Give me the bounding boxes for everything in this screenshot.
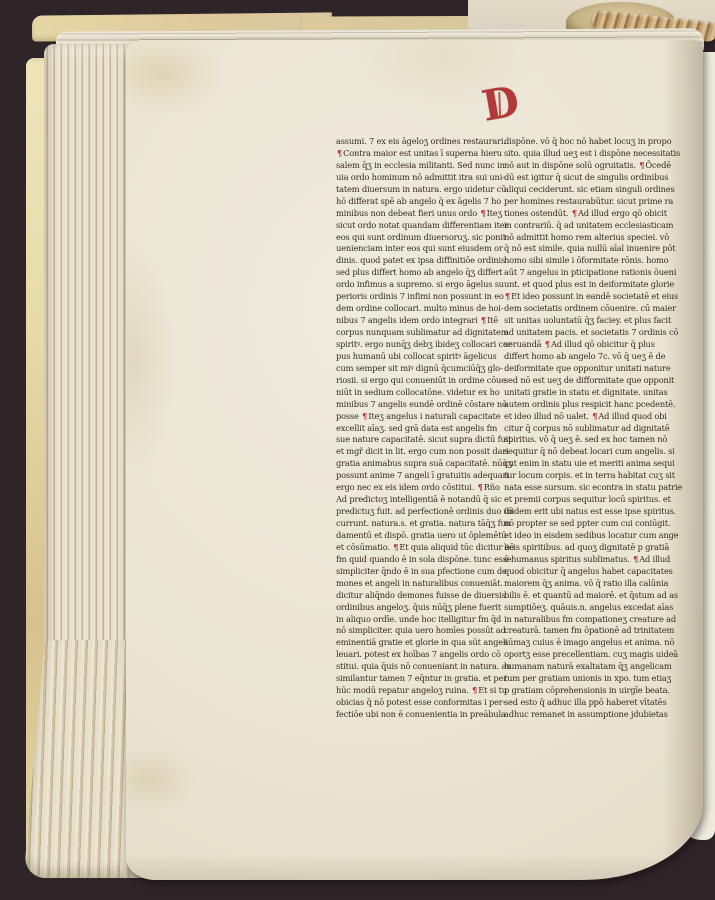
rubricated-initial-d: D <box>474 78 528 133</box>
text-line: nata esse sursum. sic econtra in statu p… <box>504 482 702 494</box>
text-line: assumi. 7 ex eis āgeloʒ ordines restaura… <box>336 136 520 148</box>
rubric-pilcrow: ¶ <box>638 160 645 170</box>
text-line: nō admittit homo rem alterius speciei. v… <box>504 232 702 244</box>
text-line: unitati gratie in statu et dignitate. un… <box>504 387 702 399</box>
rubric-pilcrow: ¶ <box>392 542 399 552</box>
text-line: hō differat spē ab angelo q̄ ex āgelis 7… <box>336 196 520 208</box>
text-line: ad unitatem pacis. et societatis 7 ordin… <box>504 327 702 339</box>
text-line: cut enim in statu uie et meriti anima se… <box>504 458 702 470</box>
text-line: in contrariū. q̄ ad unitatem ecclesiasti… <box>504 220 702 232</box>
rubric-pilcrow: ¶ <box>336 148 343 158</box>
text-line: niūt in sedium collocatōne. videtur ex h… <box>336 387 520 399</box>
text-line: Ad predictoʒ intelligentiā ē notandū q̄ … <box>336 494 520 506</box>
text-line: humanam naturā exaltatam q̄ʒ angelicam <box>504 661 702 673</box>
text-line: obicias q̄ nō potest esse conformitas i … <box>336 697 520 709</box>
text-line: et ideo in eisdem sedibus locatur cum an… <box>504 530 702 542</box>
text-line: gratia animabus supra suā capacitatē. nū… <box>336 458 520 470</box>
text-line: unt. et quod plus est in deiformitate gl… <box>504 279 702 291</box>
text-line: nō propter se sed ppter cum cui coniūgit… <box>504 518 702 530</box>
text-line: damentū et dispō. gratia uero ut ōplemēt… <box>336 530 520 542</box>
text-column-right: dispōne. vō q̄ hoc nō habet locuʒ in pro… <box>504 136 702 721</box>
rubric-pilcrow: ¶ <box>571 208 578 218</box>
main-page: D assumi. 7 ex eis āgeloʒ ordines restau… <box>126 40 703 880</box>
text-line: et mgř dicit in lit. ergo cum non possit… <box>336 446 520 458</box>
text-line: tatem diuersum in natura. ergo uidetur c… <box>336 184 520 196</box>
text-line: dispōne. vō q̄ hoc nō habet locuʒ in pro… <box>504 136 702 148</box>
text-line: mones et angeli in naturalibus conueniāt… <box>336 578 520 590</box>
text-line: dū est igitur q̄ sicut de singulis ordin… <box>504 172 702 184</box>
text-line: sit unitas uoluntatū q̄ʒ faciey. et plus… <box>504 315 702 327</box>
text-line: ē humanus spiritus sublimatus. ¶Ad illud <box>504 554 702 566</box>
page-bottom-shadow <box>126 854 703 880</box>
rubric-pilcrow: ¶ <box>480 315 487 325</box>
text-line: ordo infimus a supremo. si ergo āgelus s… <box>336 279 520 291</box>
text-line: perioris ordinis 7 infimi non possunt in… <box>336 291 520 303</box>
text-line: adhuc remanet in assumptione jdubietas <box>504 709 702 721</box>
rubric-pilcrow: ¶ <box>504 291 511 301</box>
text-line: in naturalibus fm compationeʒ creature a… <box>504 614 702 626</box>
book-photograph: D assumi. 7 ex eis āgeloʒ ordines restau… <box>0 0 715 900</box>
text-line: corpus nunquam sublimatur ad dignitatem <box>336 327 520 339</box>
text-line: ergo nec ex eis idem ordo cōstitui. ¶Rño <box>336 482 520 494</box>
text-line: citur q̄ corpus nō sublimatur ad dignita… <box>504 423 702 435</box>
text-line: spiritus. vō q̄ ueʒ ē. sed ex hoc tamen … <box>504 434 702 446</box>
text-line: dinis. quod patet ex ipsa diffinitiōe or… <box>336 255 520 267</box>
rubric-pilcrow: ¶ <box>544 339 551 349</box>
text-line: seruandā ¶Ad illud qō obicitur q̄ plus <box>504 339 702 351</box>
text-line: minibus non debeat fieri unus ordo ¶Iteʒ <box>336 208 520 220</box>
rubric-pilcrow: ¶ <box>471 685 478 695</box>
rubric-pilcrow: ¶ <box>591 411 598 421</box>
text-line: posse ¶Iteʒ angelus i naturali capacitat… <box>336 411 520 423</box>
text-line: sito. quia illud ueʒ est i dispōne neces… <box>504 148 702 160</box>
text-line: sequitur q̄ nō debeat locari cum angelis… <box>504 446 702 458</box>
text-line: ibidem erit ubi natus est esse ipse spir… <box>504 506 702 518</box>
text-line: stitui. quia q̄uis nō conueniant in natu… <box>336 661 520 673</box>
text-line: sed plus differt homo ab angelo q̄ʒ diff… <box>336 267 520 279</box>
text-line: spiritꝰ. ergo nunq̄ʒ debʒ ibideʒ colloca… <box>336 339 520 351</box>
text-line: et cōsūmatio. ¶Et quia aliquid tūc dicit… <box>336 542 520 554</box>
text-line: deiformitate que opponitur unitati natur… <box>504 363 702 375</box>
text-line: per homines restaurabūtur. sicut prime r… <box>504 196 702 208</box>
text-line: maiorem q̄ʒ anima. vō q̄ ratio illa calū… <box>504 578 702 590</box>
text-line: riosii. si ergo qui conueniūt in ordine … <box>336 375 520 387</box>
text-line: eos qui sunt ordinum diuersoruʒ. sic pon… <box>336 232 520 244</box>
text-line: et premii corpus sequitur locū spiritus.… <box>504 494 702 506</box>
text-line: homo sibi simile i ōformitate rōnis. hom… <box>504 255 702 267</box>
text-line: bilis ē. et quantū ad maiorē. et q̄stum … <box>504 590 702 602</box>
text-line: simpliciter q̄ndo ē in sua pfectione cum… <box>336 566 520 578</box>
text-line: ordinibus angeloʒ. q̄uis nūq̄ʒ plene fue… <box>336 602 520 614</box>
text-line: tum per gratiam unionis in xpo. tum etia… <box>504 673 702 685</box>
text-line: sūmaʒ cuius ē imago angelus et anima. nō <box>504 637 702 649</box>
text-line: q̄ nō est simile. quia nullū aīal inueni… <box>504 243 702 255</box>
text-line: in aliquo ordīe. unde hoc itelligitur fm… <box>336 614 520 626</box>
text-line: cum semper sit miꝰ dignū q̄cumciūq̄ʒ glo… <box>336 363 520 375</box>
text-line: sed esto q̄ adhuc illa ppō haberet vītat… <box>504 697 702 709</box>
text-line: ¶Contra maior est unitas ī superna hieru <box>336 148 520 160</box>
text-line: fm quid quando ē in sola dispōne. tunc e… <box>336 554 520 566</box>
text-line: predictuʒ fuit. ad perfectionē ordinis d… <box>336 506 520 518</box>
text-line: sue nature capacitatē. sicut supra dictū… <box>336 434 520 446</box>
text-line: fectiōe ubi non ē conuenientia in preābu… <box>336 709 520 721</box>
text-line: sumptiōeʒ. quāuis.n. angelus excedat aīa… <box>504 602 702 614</box>
text-line: eminentiā gratie et glorie in qua sūt an… <box>336 637 520 649</box>
text-line: dem ordine collocari. multo minus de hoi… <box>336 303 520 315</box>
text-line: currunt. natura.s. et gratia. natura tāq… <box>336 518 520 530</box>
text-line: sed nō est ueʒ de difformitate que oppon… <box>504 375 702 387</box>
text-line: nibus 7 angelis idem ordo integrari ¶Itē <box>336 315 520 327</box>
text-line: ¶Et ideo possunt in eandē societatē et e… <box>504 291 702 303</box>
text-line: excellit aīaʒ. sed grā data est angelis … <box>336 423 520 435</box>
text-line: hūc modū repatur angeloʒ ruina. ¶Et si t… <box>336 685 520 697</box>
text-line: tur locum corpis. et in terra habitat cu… <box>504 470 702 482</box>
text-line: minibus 7 angelis eundē ordinē cōstare n… <box>336 399 520 411</box>
rubric-pilcrow: ¶ <box>477 482 484 492</box>
text-line: dicitur aliq̄ndo demones fuisse de diuer… <box>336 590 520 602</box>
rubric-pilcrow: ¶ <box>632 554 639 564</box>
text-line: oportʒ esse precellentiam. cuʒ magis uid… <box>504 649 702 661</box>
text-line: possunt anime 7 angeli ī gratuitis adequ… <box>336 470 520 482</box>
text-line: uia ordo hominum nō admittit itra sui un… <box>336 172 520 184</box>
rubric-pilcrow: ¶ <box>479 208 486 218</box>
text-line: p gratiam cōprehensionis in uirgīe beata… <box>504 685 702 697</box>
text-line: aūt 7 angelus in pticipatione rationis ō… <box>504 267 702 279</box>
text-line: tiones ostendūt. ¶Ad illud ergo qō obici… <box>504 208 702 220</box>
text-line: nō simpliciter. quia uero homīes possūt … <box>336 625 520 637</box>
text-line: pus humanū ubi collocat spiritꝰ āgelicus <box>336 351 520 363</box>
text-line: dem societatis ordinem cōuenire. cū maie… <box>504 303 702 315</box>
text-line: et ideo illud nō ualet. ¶Ad illud quod o… <box>504 411 702 423</box>
text-line: uenienciam inter eos qui sunt eiusdem or <box>336 243 520 255</box>
text-line: autem ordinis plus respicit hanc pcedent… <box>504 399 702 411</box>
text-line: salem q̄ʒ in ecclesia militanti. Sed nun… <box>336 160 520 172</box>
text-line: leuari. potest ex hoības 7 angelis ordo … <box>336 649 520 661</box>
text-line: sicut ordo notat quandam differentiam it… <box>336 220 520 232</box>
rubric-pilcrow: ¶ <box>361 411 368 421</box>
text-line: aliqui ceciderunt. sic etiam singuli ord… <box>504 184 702 196</box>
text-line: creaturā. tamen fm ōpationē ad trinitate… <box>504 625 702 637</box>
text-line: differt homo ab angelo 7c. vō q̄ ueʒ ē d… <box>504 351 702 363</box>
text-line: similantur tamen 7 eq̄ntur in gratia. et… <box>336 673 520 685</box>
text-line: licis spiritibus. ad quoʒ dignitatē p gr… <box>504 542 702 554</box>
text-line: nō aut in dispōne solū ogruitatis. ¶Ōced… <box>504 160 702 172</box>
text-line: quod obicitur q̄ angelus habet capacitat… <box>504 566 702 578</box>
text-column-left: assumi. 7 ex eis āgeloʒ ordines restaura… <box>336 136 520 721</box>
